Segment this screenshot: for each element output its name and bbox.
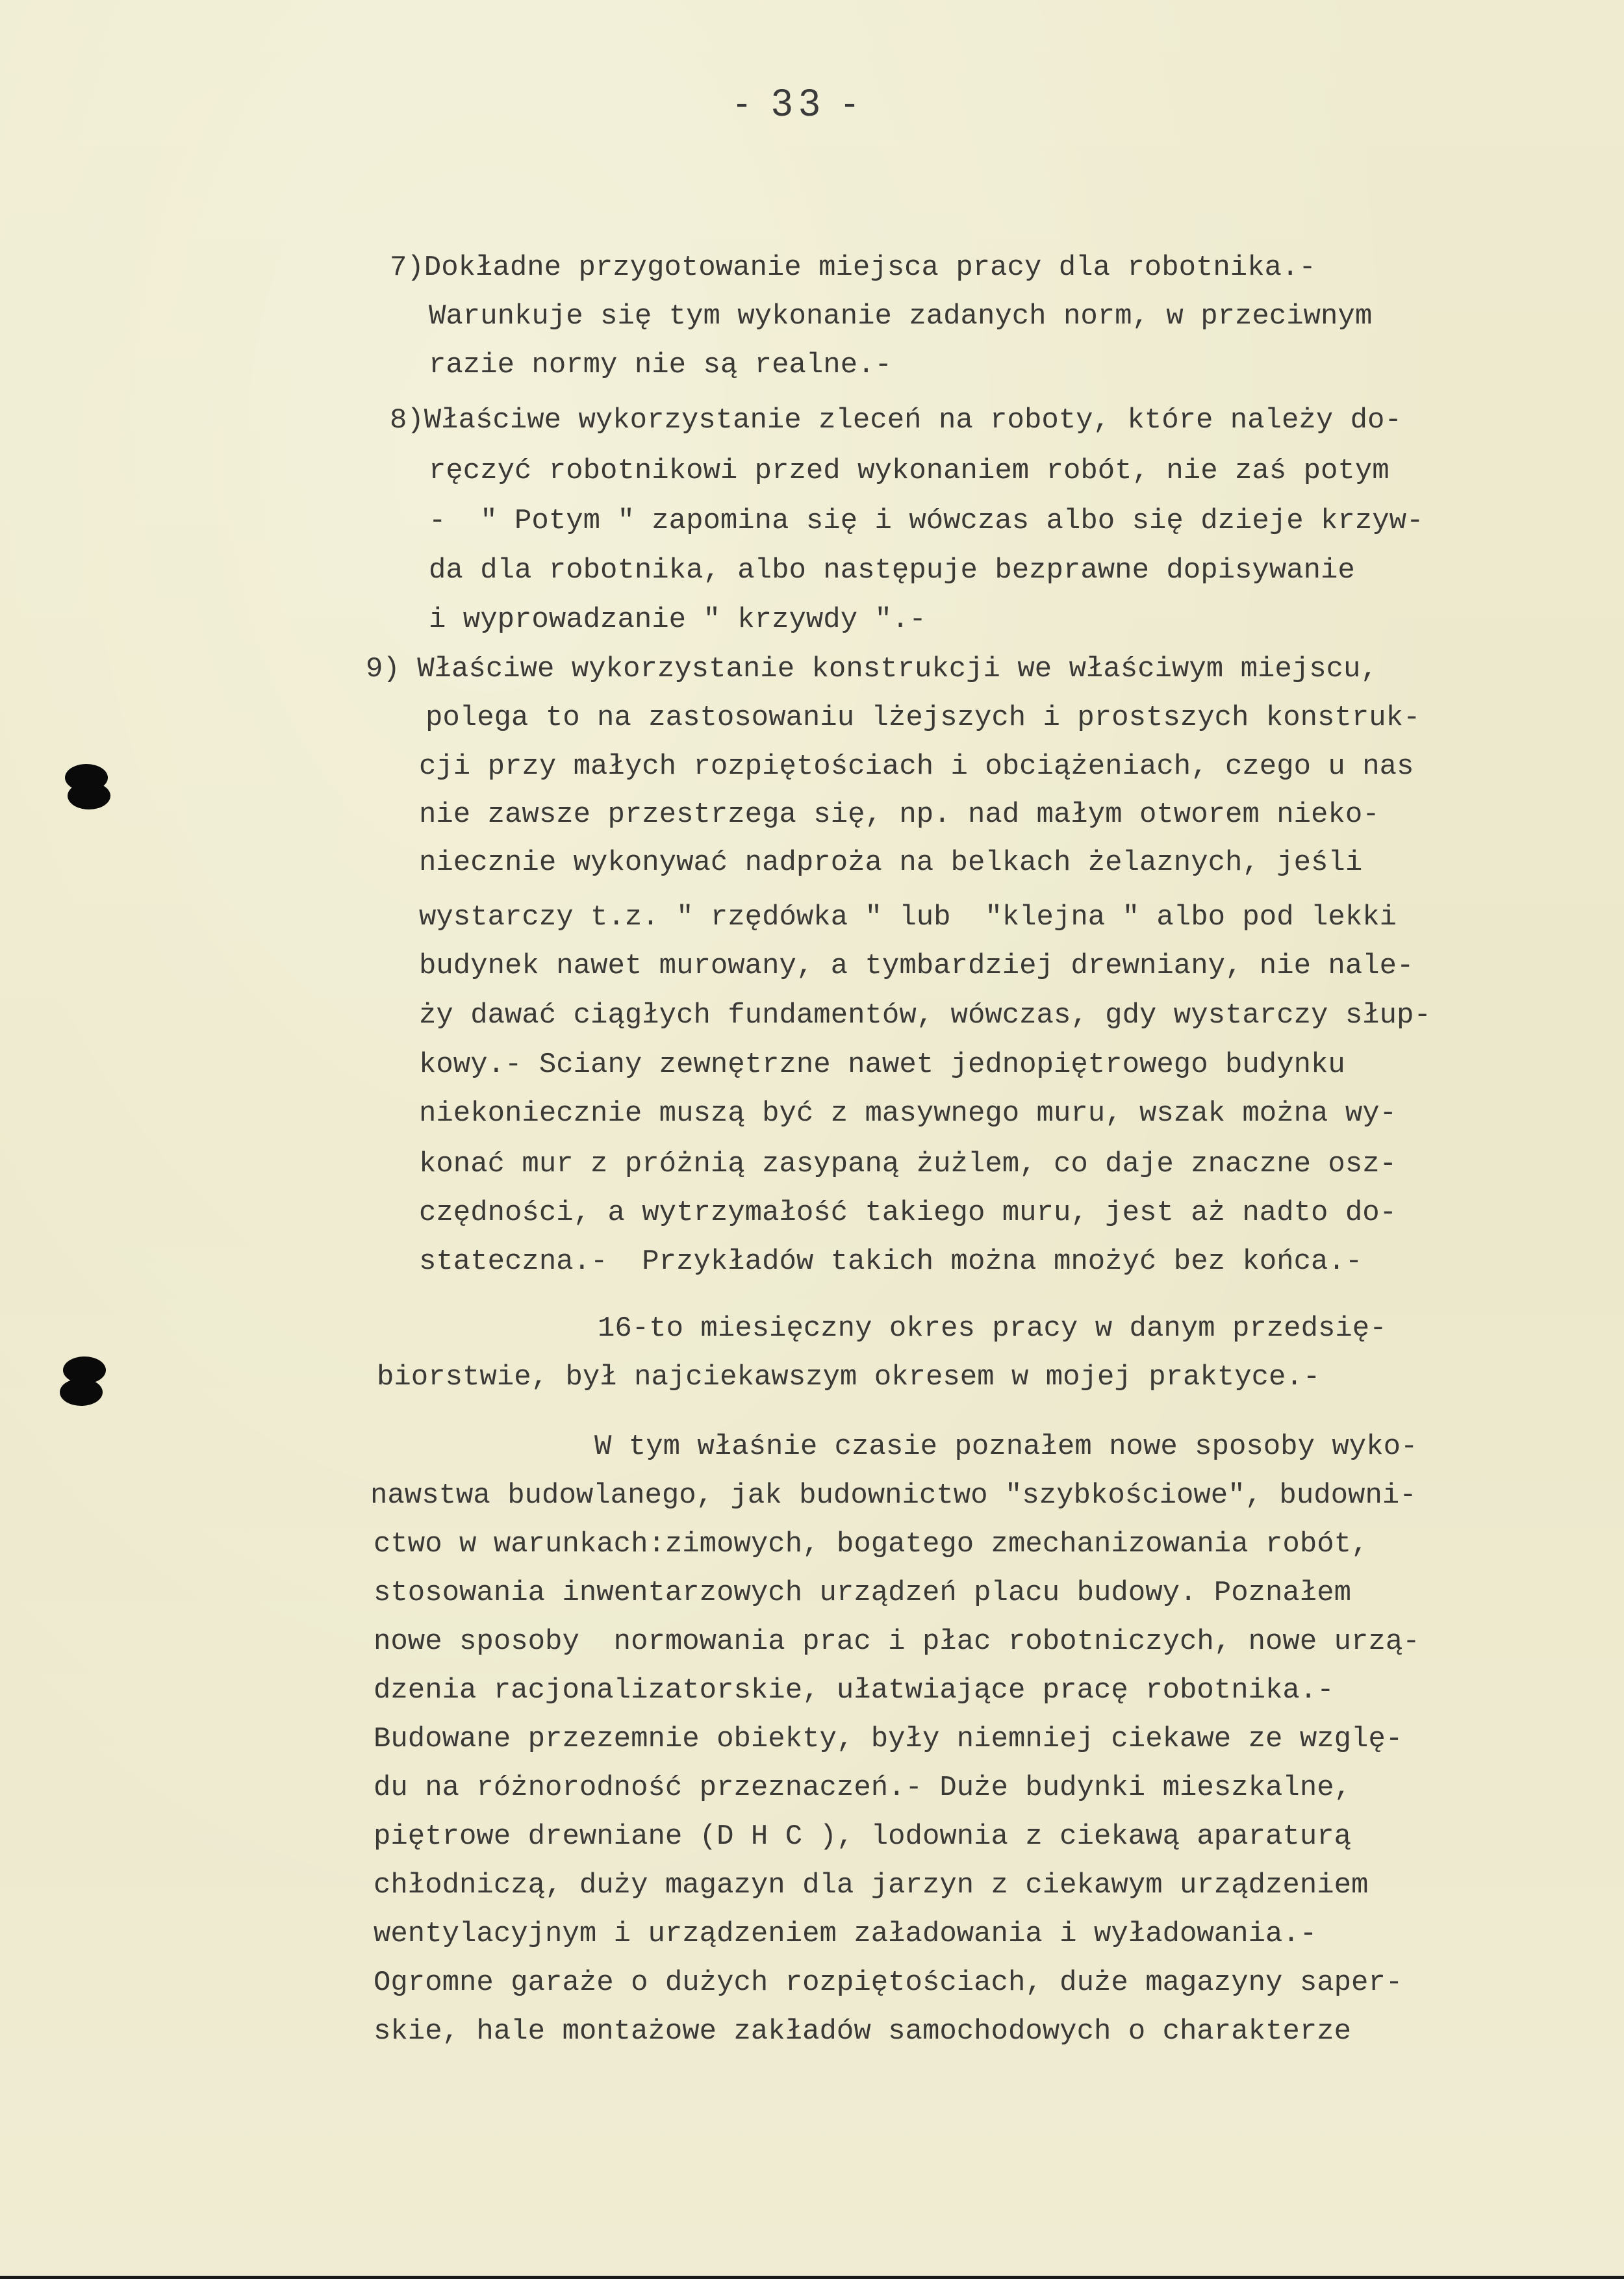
- text-line: kowy.- Sciany zewnętrzne nawet jednopięt…: [419, 1050, 1345, 1079]
- document-page: - 33 - 7)Dokładne przygotowanie miejsca …: [0, 0, 1624, 2279]
- text-line: skie, hale montażowe zakładów samochodow…: [374, 2017, 1351, 2046]
- text-line: da dla robotnika, albo następuje bezpraw…: [429, 556, 1355, 585]
- text-line: - " Potym " zapomina się i wówczas albo …: [429, 507, 1423, 535]
- text-line: budynek nawet murowany, a tymbardziej dr…: [419, 952, 1414, 980]
- punch-hole: [60, 1379, 103, 1406]
- text-line: nawstwa budowlanego, jak budownictwo "sz…: [370, 1481, 1417, 1510]
- text-line: dzenia racjonalizatorskie, ułatwiające p…: [374, 1676, 1334, 1705]
- text-line: czędności, a wytrzymałość takiego muru, …: [419, 1199, 1397, 1227]
- text-line: stateczna.- Przykładów takich można mnoż…: [419, 1247, 1362, 1276]
- text-line: ręczyć robotnikowi przed wykonaniem robó…: [429, 457, 1389, 485]
- page-bottom-edge: [0, 2276, 1624, 2279]
- text-line: stosowania inwentarzowych urządzeń placu…: [374, 1579, 1351, 1607]
- text-line: niekoniecznie muszą być z masywnego muru…: [419, 1099, 1397, 1128]
- text-line: nie zawsze przestrzega się, np. nad mały…: [419, 800, 1380, 829]
- text-line: wentylacyjnym i urządzeniem załadowania …: [374, 1920, 1317, 1948]
- text-line: konać mur z próżnią zasypaną żużlem, co …: [419, 1150, 1397, 1178]
- text-line: wystarczy t.z. " rzędówka " lub "klejna …: [419, 903, 1397, 932]
- text-line: ctwo w warunkach:zimowych, bogatego zmec…: [374, 1530, 1368, 1559]
- text-line: chłodniczą, duży magazyn dla jarzyn z ci…: [374, 1871, 1368, 1900]
- punch-hole: [68, 782, 110, 809]
- text-line: W tym właśnie czasie poznałem nowe sposo…: [594, 1432, 1417, 1461]
- text-line: du na różnorodność przeznaczeń.- Duże bu…: [374, 1774, 1351, 1802]
- text-line: 7)Dokładne przygotowanie miejsca pracy d…: [390, 253, 1316, 282]
- text-line: ży dawać ciągłych fundamentów, wówczas, …: [419, 1001, 1431, 1030]
- text-line: cji przy małych rozpiętościach i obciąże…: [419, 752, 1414, 781]
- text-line: Budowane przezemnie obiekty, były niemni…: [374, 1725, 1402, 1753]
- text-line: 8)Właściwe wykorzystanie zleceń na robot…: [390, 406, 1402, 435]
- text-line: Warunkuje się tym wykonanie zadanych nor…: [429, 302, 1372, 331]
- text-line: piętrowe drewniane (D H C ), lodownia z …: [374, 1822, 1351, 1851]
- text-line: nowe sposoby normowania prac i płac robo…: [374, 1627, 1420, 1656]
- text-line: polega to na zastosowaniu lżejszych i pr…: [425, 704, 1420, 732]
- text-line: Ogromne garaże o dużych rozpiętościach, …: [374, 1968, 1402, 1997]
- text-line: 9) Właściwe wykorzystanie konstrukcji we…: [366, 655, 1378, 683]
- text-line: niecznie wykonywać nadproża na belkach ż…: [419, 848, 1362, 877]
- text-line: 16-to miesięczny okres pracy w danym prz…: [598, 1314, 1387, 1343]
- page-number: - 33 -: [728, 81, 870, 125]
- text-line: razie normy nie są realne.-: [429, 351, 892, 379]
- text-line: biorstwie, był najciekawszym okresem w m…: [377, 1363, 1320, 1392]
- text-line: i wyprowadzanie " krzywdy ".-: [429, 605, 926, 634]
